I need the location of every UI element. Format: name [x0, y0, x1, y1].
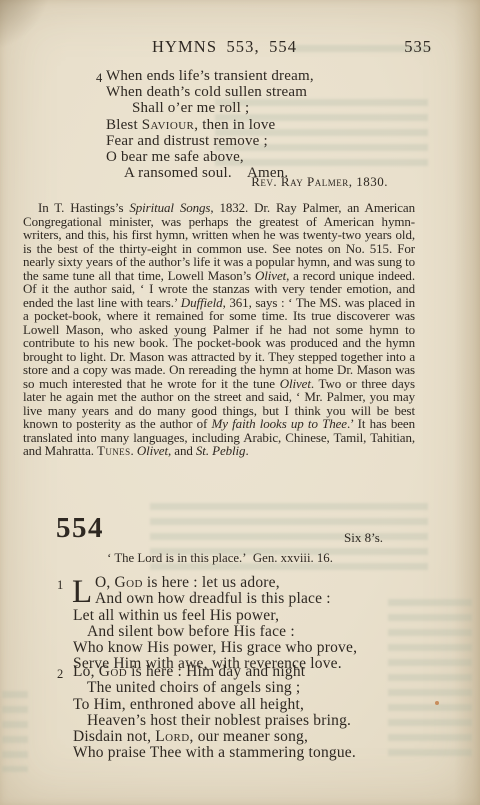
text-run: St. Peblig [196, 443, 246, 458]
hymn-line: Who praise Thee with a stammering tongue… [55, 745, 356, 761]
text-run: Fear and distrust remove ; [106, 133, 268, 149]
scripture-reference: ‘ The Lord is in this place.’ Gen. xxvii… [0, 551, 440, 566]
hymn-number: 554 [56, 512, 104, 545]
text-run: Who praise Thee with a stammering tongue… [73, 744, 356, 761]
bleed-through-artifact [2, 688, 28, 772]
hymn-line: O, God is here : let us adore, [55, 575, 357, 591]
verse-number: 1 [57, 577, 63, 593]
text-run: Olivet [137, 443, 168, 458]
hymn-line: Blest Saviour, then in love [94, 117, 314, 133]
text-run: , our meaner song, [190, 728, 309, 745]
text-run: Lo, [73, 663, 99, 680]
scan-speck-artifact [435, 701, 439, 705]
text-run: Let all within us feel His power, [73, 607, 279, 624]
text-run: Disdain not, [73, 728, 155, 745]
text-run: Who know His power, His grace who prove, [73, 639, 357, 656]
text-run: Saviour [142, 117, 195, 133]
hymn-line: And silent bow before His face : [55, 624, 357, 640]
verse-number: 2 [57, 666, 63, 682]
scan-edge-shadow [454, 0, 480, 805]
hymn-note-paragraph: In T. Hastings’s Spiritual Songs, 1832. … [23, 201, 415, 458]
hymn-line: Heaven’s host their noblest praises brin… [55, 713, 356, 729]
hymn-line: Let all within us feel His power, [55, 608, 357, 624]
text-run: To Him, enthroned above all height, [73, 696, 304, 713]
hymn-554-verse-2: 2Lo, God is here : Him day and nightThe … [55, 664, 356, 762]
text-run: is here : Him day and night [127, 663, 305, 680]
text-run: And silent bow before His face : [87, 623, 295, 640]
hymn-line: And own how dreadful is this place : [55, 591, 357, 607]
hymn-line: Fear and distrust remove ; [94, 133, 314, 149]
hymn-line: Disdain not, Lord, our meaner song, [55, 729, 356, 745]
hymn-line: Shall o’er me roll ; [94, 100, 314, 116]
text-run: Blest [106, 117, 142, 133]
text-run: God [115, 574, 143, 591]
text-run: . [245, 443, 248, 458]
hymn-554-verse-1: 1LO, God is here : let us adore,And own … [55, 575, 357, 673]
dropcap-letter: L [72, 576, 92, 609]
hymn-line: To Him, enthroned above all height, [55, 697, 356, 713]
text-run: , and [168, 443, 196, 458]
text-run: is here : let us adore, [143, 574, 280, 591]
meter-label: Six 8’s. [344, 530, 383, 546]
hymn-line: O bear me safe above, [94, 149, 314, 165]
hymn-line: When ends life’s transient dream, [94, 68, 314, 84]
text-run: O, [95, 574, 115, 591]
page-number: 535 [404, 37, 432, 57]
text-run: When ends life’s transient dream, [106, 68, 314, 84]
text-run: And own how dreadful is this place : [95, 590, 331, 607]
text-run: Shall o’er me roll ; [132, 100, 249, 116]
text-run: O bear me safe above, [106, 149, 244, 165]
text-run: Heaven’s host their noblest praises brin… [87, 712, 351, 729]
text-run: The united choirs of angels sing ; [87, 679, 300, 696]
hymn-line: When death’s cold sullen stream [94, 84, 314, 100]
author-attribution: Rev. Ray Palmer, 1830. [251, 174, 388, 190]
verse-number: 4 [96, 70, 102, 86]
text-run: God [99, 663, 127, 680]
text-run: Lord [155, 728, 189, 745]
hymn-line: The united choirs of angels sing ; [55, 680, 356, 696]
hymn-line: Lo, God is here : Him day and night [55, 664, 356, 680]
hymn-553-verse-4: 4When ends life’s transient dream,When d… [94, 68, 314, 181]
hymn-line: Who know His power, His grace who prove, [55, 640, 357, 656]
running-header: HYMNS 553, 554 535 [0, 37, 480, 57]
text-run: When death’s cold sullen stream [106, 84, 307, 100]
book-page: HYMNS 553, 554 535 4When ends life’s tra… [0, 0, 480, 805]
page-title: HYMNS 553, 554 [152, 37, 297, 57]
text-run: Tunes [97, 443, 130, 458]
text-run: , then in love [194, 117, 275, 133]
